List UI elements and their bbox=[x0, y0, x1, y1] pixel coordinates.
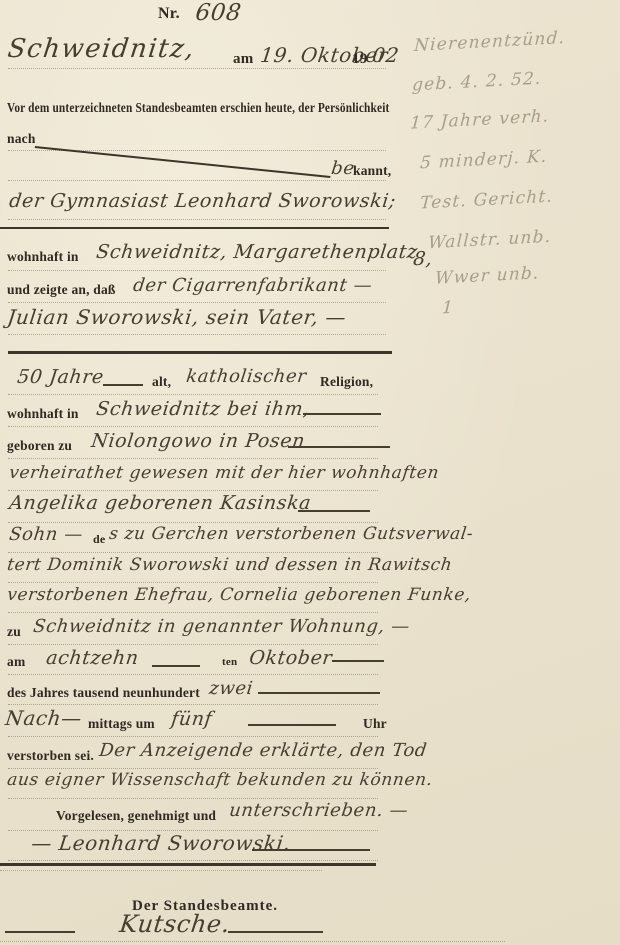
geboren-label: geboren zu bbox=[7, 438, 72, 454]
form-baseline bbox=[8, 612, 378, 613]
registrar-signature: Kutsche. bbox=[118, 910, 232, 938]
parents-statement-1: s zu Gerchen verstorbenen Gutsverwal- bbox=[108, 524, 475, 544]
declaration-statement-2: aus eigner Wissenschaft bekunden zu könn… bbox=[6, 770, 434, 790]
deceased-birthplace: Niolongowo in Posen bbox=[90, 430, 306, 452]
nach-label: nach bbox=[7, 131, 36, 147]
form-baseline bbox=[8, 522, 378, 523]
fill-dash bbox=[248, 724, 336, 726]
form-baseline bbox=[8, 180, 386, 181]
form-baseline bbox=[8, 768, 378, 769]
margin-note-testament-court: Test. Gericht. bbox=[420, 186, 554, 213]
mittags-label: mittags um bbox=[88, 716, 155, 732]
margin-note-minor-children: 5 minderj. K. bbox=[420, 147, 548, 174]
deceased-age: 50 Jahre bbox=[16, 366, 105, 388]
margin-note-count: 1 bbox=[441, 298, 454, 319]
death-month: Oktober bbox=[248, 647, 334, 669]
wohnhaft-label: wohnhaft in bbox=[7, 249, 79, 265]
death-place: Schweidnitz in genannter Wohnung, — bbox=[32, 616, 411, 637]
deceased-name-relation: Julian Sworowski, sein Vater, — bbox=[6, 305, 348, 329]
year-printed: 19 bbox=[352, 51, 367, 68]
death-register-document: Nr. 608 Schweidnitz, am 19. Oktober 19 0… bbox=[0, 0, 620, 945]
death-hour: fünf bbox=[170, 708, 214, 730]
form-baseline bbox=[8, 334, 386, 335]
deceased-residence: Schweidnitz bei ihm, bbox=[95, 398, 311, 420]
date-handwritten: 19. Oktober bbox=[259, 43, 390, 67]
form-baseline bbox=[8, 798, 378, 799]
section-rule bbox=[8, 351, 392, 354]
fill-dash bbox=[303, 413, 381, 415]
form-baseline bbox=[0, 941, 505, 942]
unterschrieben-hw: unterschrieben. — bbox=[228, 800, 410, 821]
form-baseline bbox=[8, 704, 378, 705]
marriage-statement-1: verheirathet gewesen mit der hier wohnha… bbox=[8, 463, 440, 483]
form-baseline bbox=[8, 219, 386, 220]
margin-note-cause-of-death: Nierenentzünd. bbox=[414, 28, 566, 56]
declarant-signature: — Leonhard Sworowski. bbox=[30, 831, 292, 855]
record-number-value: 608 bbox=[194, 0, 243, 26]
form-baseline bbox=[8, 736, 378, 737]
parents-statement-3: verstorbenen Ehefrau, Cornelia geborenen… bbox=[6, 585, 472, 605]
fill-dash bbox=[228, 931, 323, 933]
form-baseline bbox=[8, 674, 378, 675]
deceased-religion: katholischer bbox=[185, 366, 308, 387]
alt-label: alt, bbox=[152, 374, 171, 390]
fill-dash bbox=[258, 692, 380, 694]
form-baseline bbox=[8, 644, 378, 645]
intro-line: Vor dem unterzeichneten Standesbeamten e… bbox=[7, 100, 389, 116]
fill-dash bbox=[252, 849, 370, 851]
form-baseline bbox=[8, 68, 386, 69]
form-baseline bbox=[8, 302, 386, 303]
parents-statement-2: tert Dominik Sworowski und dessen in Raw… bbox=[6, 555, 454, 575]
margin-note-street: Wallstr. unb. bbox=[428, 227, 552, 254]
declarant-name: der Gymnasiast Leonhard Sworowski; bbox=[8, 190, 397, 212]
deceased-occupation: der Cigarrenfabrikant — bbox=[132, 275, 374, 296]
death-daytime-prefix: Nach— bbox=[4, 706, 83, 730]
zeigte-an-label: und zeigte an, daß bbox=[7, 282, 116, 298]
form-baseline bbox=[8, 426, 378, 427]
fill-dash bbox=[103, 384, 143, 386]
fill-dash bbox=[288, 446, 390, 448]
form-baseline bbox=[8, 490, 378, 491]
religion-label: Religion, bbox=[320, 374, 373, 390]
fill-dash bbox=[152, 665, 200, 667]
uhr-label: Uhr bbox=[363, 716, 387, 732]
vorgelesen-label: Vorgelesen, genehmigt und bbox=[56, 808, 216, 824]
margin-note-widower: Wwer unb. bbox=[435, 263, 541, 289]
ten-label: ten bbox=[222, 656, 237, 668]
fill-dash bbox=[298, 510, 370, 512]
kannt-label: kannt, bbox=[353, 163, 391, 179]
form-baseline bbox=[0, 870, 322, 871]
margin-note-birthdate: geb. 4. 2. 52. bbox=[412, 69, 543, 96]
verstorben-label: verstorben sei. bbox=[7, 748, 94, 764]
death-day: achtzehn bbox=[45, 647, 140, 669]
declaration-statement-1: Der Anzeigende erklärte, den Tod bbox=[98, 740, 428, 761]
form-baseline bbox=[8, 458, 378, 459]
form-baseline bbox=[8, 582, 378, 583]
death-year: zwei bbox=[208, 678, 254, 699]
form-baseline bbox=[8, 552, 378, 553]
fill-dash bbox=[5, 931, 75, 933]
registry-place: Schweidnitz, bbox=[6, 34, 197, 64]
sohn-hw: Sohn — bbox=[8, 524, 84, 545]
year-handwritten: 02 bbox=[371, 43, 401, 67]
form-baseline bbox=[8, 394, 378, 395]
fill-dash bbox=[332, 660, 384, 662]
des-label: de bbox=[93, 532, 105, 547]
am-label: am bbox=[7, 654, 25, 670]
zu-label: zu bbox=[7, 624, 21, 640]
marriage-statement-2: Angelika geborenen Kasinska bbox=[8, 492, 313, 514]
wohnhaft2-label: wohnhaft in bbox=[7, 406, 79, 422]
declarant-address: Schweidnitz, Margarethenplatz bbox=[95, 241, 419, 263]
section-rule bbox=[0, 227, 389, 229]
form-baseline bbox=[8, 860, 378, 861]
form-baseline bbox=[8, 270, 386, 271]
record-number-label: Nr. bbox=[158, 5, 180, 23]
jahres-label: des Jahres tausend neunhundert bbox=[7, 685, 200, 701]
section-rule bbox=[0, 863, 376, 866]
date-am-label: am bbox=[233, 51, 253, 68]
